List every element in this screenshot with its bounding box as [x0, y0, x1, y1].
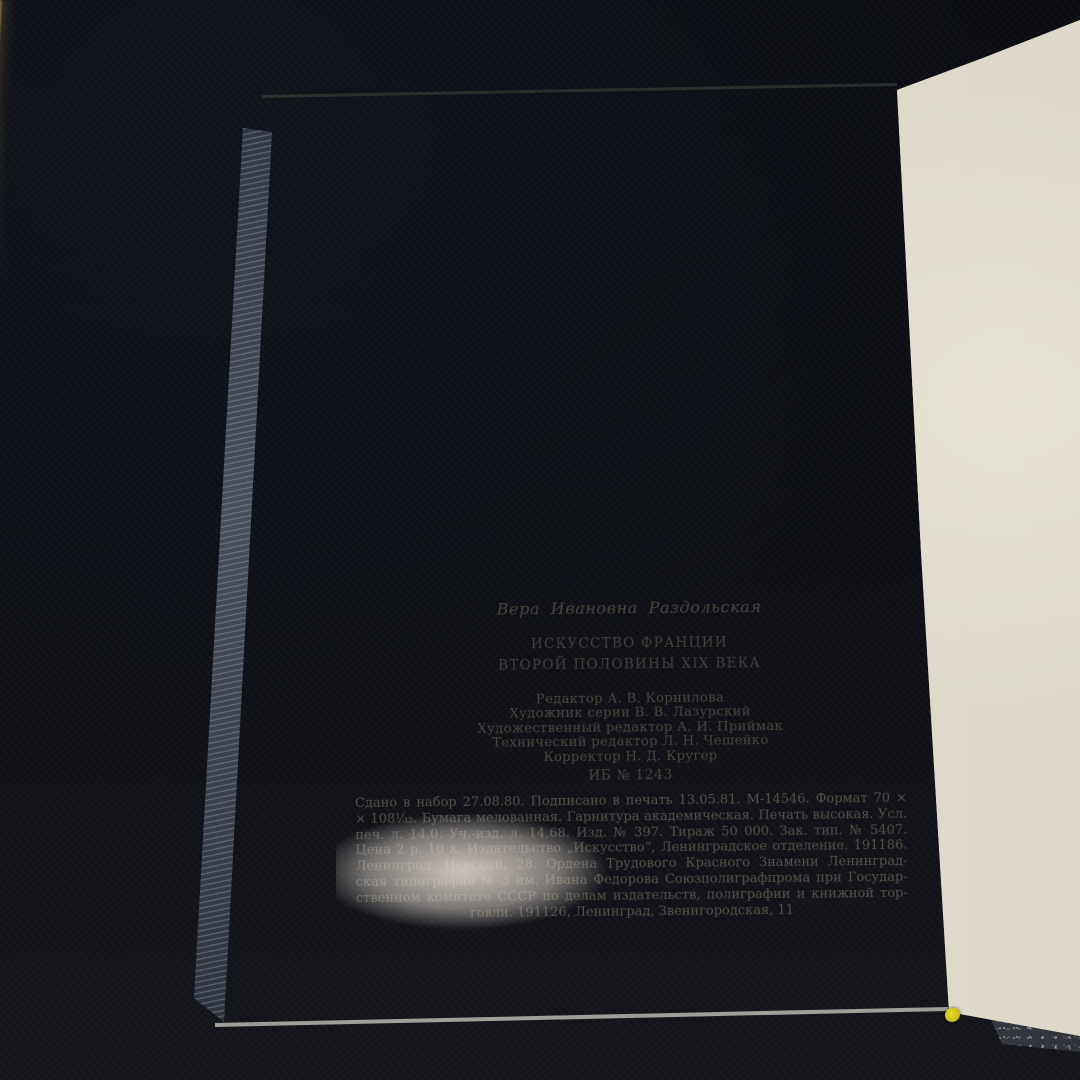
- yellow-bookmark-nub: [945, 1008, 960, 1022]
- author-name: Вера Ивановна Раздольская: [353, 596, 905, 621]
- gutter-shadow: [0, 0, 16, 932]
- book-title-line-2: ВТОРОЙ ПОЛОВИНЫ XIX ВЕКА: [354, 652, 906, 678]
- imprint-paragraph: Сдано в набор 27.08.80. Подписано в печа…: [355, 791, 908, 923]
- book-title: ИСКУССТВО ФРАНЦИИ ВТОРОЙ ПОЛОВИНЫ XIX ВЕ…: [353, 631, 905, 678]
- book-photo-scene: Вера Ивановна Раздольская ИСКУССТВО ФРАН…: [0, 0, 1080, 1080]
- ib-number: ИБ № 1243: [355, 766, 907, 785]
- staff-credits: Редактор А. В. Корнилова Художник серии …: [354, 690, 907, 767]
- colophon-text-block: Вера Ивановна Раздольская ИСКУССТВО ФРАН…: [353, 596, 908, 923]
